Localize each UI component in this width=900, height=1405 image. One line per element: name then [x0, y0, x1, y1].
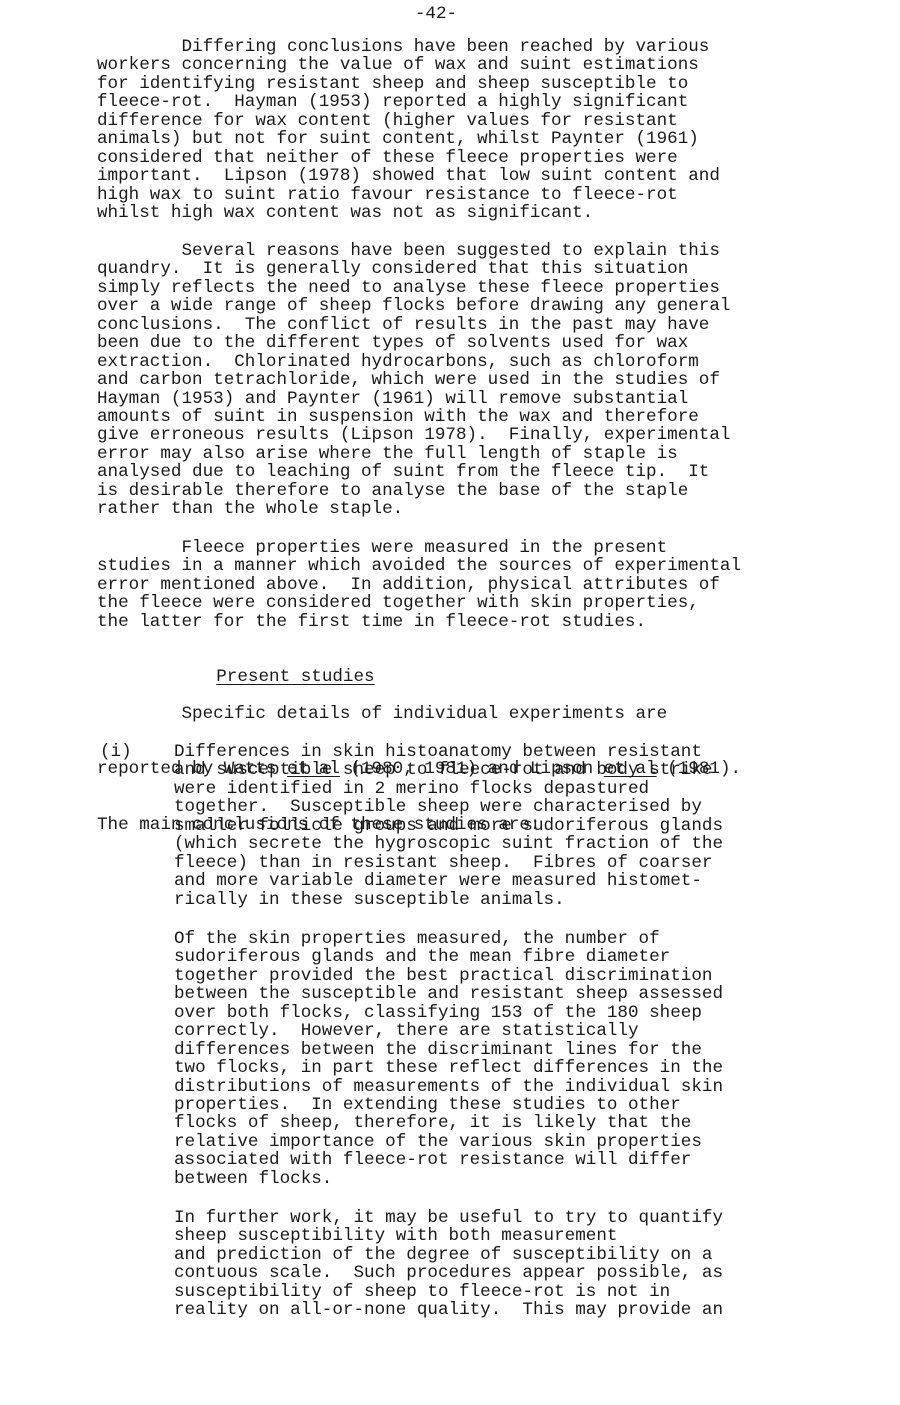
text-line: difference for wax content (higher value…: [97, 112, 720, 130]
text-line: between flocks.: [174, 1170, 723, 1188]
text-line: together. Susceptible sheep were charact…: [174, 798, 723, 816]
text-line: error mentioned above. In addition, phys…: [97, 576, 741, 594]
text-line: for identifying resistant sheep and shee…: [97, 75, 720, 93]
paragraph-wax-suint-conclusions: Differing conclusions have been reached …: [97, 38, 720, 222]
text-line: over both flocks, classifying 153 of the…: [174, 1004, 723, 1022]
text-line: analysed due to leaching of suint from t…: [97, 463, 730, 481]
text-line: important. Lipson (1978) showed that low…: [97, 167, 720, 185]
text-line: Differing conclusions have been reached …: [97, 38, 720, 56]
text-line: sudoriferous glands and the mean fibre d…: [174, 948, 723, 966]
text-line: sheep susceptibility with both measureme…: [174, 1227, 723, 1245]
paragraph-skin-properties-discrimination: Of the skin properties measured, the num…: [174, 930, 723, 1188]
text-line: correctly. However, there are statistica…: [174, 1022, 723, 1040]
text-line: workers concerning the value of wax and …: [97, 56, 720, 74]
paragraph-reasons-quandry: Several reasons have been suggested to e…: [97, 242, 730, 519]
text-line: smaller follicle groups and more sudorif…: [174, 817, 723, 835]
text-line: give erroneous results (Lipson 1978). Fi…: [97, 426, 730, 444]
text-line: relative importance of the various skin …: [174, 1133, 723, 1151]
text-line: error may also arise where the full leng…: [97, 445, 730, 463]
text-line: is desirable therefore to analyse the ba…: [97, 482, 730, 500]
list-item-i-skin-histoanatomy: Differences in skin histoanatomy between…: [174, 743, 723, 909]
text-line: flocks of sheep, therefore, it is likely…: [174, 1114, 723, 1132]
page-number: -42-: [0, 4, 886, 24]
text-line: studies in a manner which avoided the so…: [97, 557, 741, 575]
text-line: and susceptible sheep to fleece-rot and …: [174, 761, 723, 779]
text-line: extraction. Chlorinated hydrocarbons, su…: [97, 353, 730, 371]
text-line: conclusions. The conflict of results in …: [97, 316, 730, 334]
text-line: simply reflects the need to analyse thes…: [97, 279, 730, 297]
text-line: Differences in skin histoanatomy between…: [174, 743, 723, 761]
text-line: Of the skin properties measured, the num…: [174, 930, 723, 948]
text-line: considered that neither of these fleece …: [97, 149, 720, 167]
text-line: and prediction of the degree of suscepti…: [174, 1246, 723, 1264]
text-line: high wax to suint ratio favour resistanc…: [97, 186, 720, 204]
text-line: distributions of measurements of the ind…: [174, 1078, 723, 1096]
text-line: the fleece were considered together with…: [97, 594, 741, 612]
text-line: two flocks, in part these reflect differ…: [174, 1059, 723, 1077]
text-line: between the susceptible and resistant sh…: [174, 985, 723, 1003]
text-line: susceptibility of sheep to fleece-rot is…: [174, 1283, 723, 1301]
text-line: associated with fleece-rot resistance wi…: [174, 1151, 723, 1169]
text-line: Several reasons have been suggested to e…: [97, 242, 730, 260]
paragraph-further-work: In further work, it may be useful to try…: [174, 1209, 723, 1320]
text-line: animals) but not for suint content, whil…: [97, 130, 720, 148]
text-line: were identified in 2 merino flocks depas…: [174, 780, 723, 798]
text-line: been due to the different types of solve…: [97, 334, 730, 352]
text-line: Fleece properties were measured in the p…: [97, 539, 741, 557]
paragraph-fleece-properties-measured: Fleece properties were measured in the p…: [97, 539, 741, 631]
text-line: contuous scale. Such procedures appear p…: [174, 1264, 723, 1282]
text-line: quandry. It is generally considered that…: [97, 260, 730, 278]
text-line: (which secrete the hygroscopic suint fra…: [174, 835, 723, 853]
text-line: together provided the best practical dis…: [174, 967, 723, 985]
text-line: over a wide range of sheep flocks before…: [97, 297, 730, 315]
list-marker-i: (i): [100, 743, 132, 761]
text-line: amounts of suint in suspension with the …: [97, 408, 730, 426]
text-line: the latter for the first time in fleece-…: [97, 613, 741, 631]
text-line: Hayman (1953) and Paynter (1961) will re…: [97, 390, 730, 408]
document-page: -42- Differing conclusions have been rea…: [0, 0, 900, 1405]
text-line: rically in these susceptible animals.: [174, 891, 723, 909]
text-line: differences between the discriminant lin…: [174, 1041, 723, 1059]
text-line: fleece-rot. Hayman (1953) reported a hig…: [97, 93, 720, 111]
text-line: and carbon tetrachloride, which were use…: [97, 371, 730, 389]
text-line: fleece) than in resistant sheep. Fibres …: [174, 854, 723, 872]
text-line: Specific details of individual experimen…: [97, 705, 741, 723]
text-line: rather than the whole staple.: [97, 500, 730, 518]
text-line: reality on all-or-none quality. This may…: [174, 1301, 723, 1319]
text-line: properties. In extending these studies t…: [174, 1096, 723, 1114]
text-line: and more variable diameter were measured…: [174, 872, 723, 890]
text-line: whilst high wax content was not as signi…: [97, 204, 720, 222]
text-line: In further work, it may be useful to try…: [174, 1209, 723, 1227]
